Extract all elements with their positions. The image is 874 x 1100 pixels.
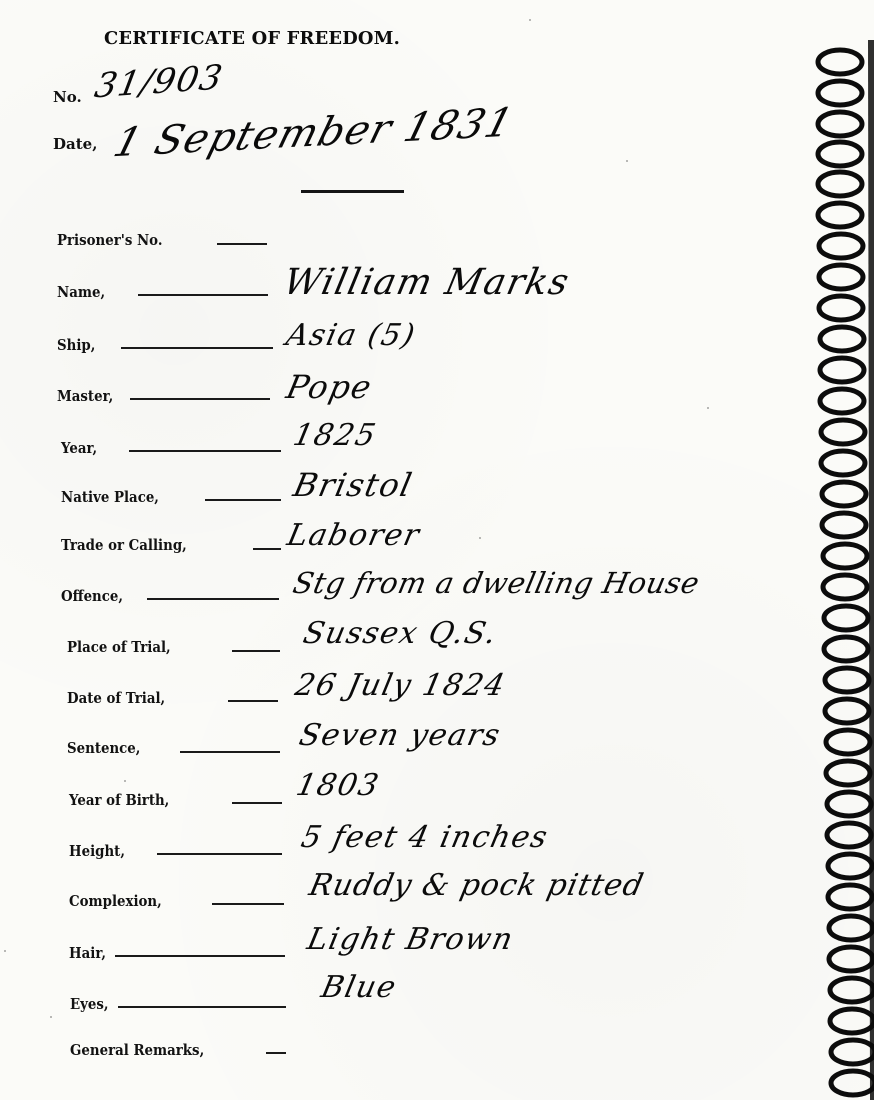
field-dash <box>228 700 278 702</box>
paper-speck <box>4 950 6 952</box>
label-complexion: Complexion, <box>69 893 162 910</box>
field-dash <box>205 499 281 501</box>
value-date-of-trial: 26 July 1824 <box>292 668 509 703</box>
paper-speck <box>50 1016 52 1018</box>
label-year-of-birth: Year of Birth, <box>69 792 169 809</box>
label-hair: Hair, <box>69 945 106 962</box>
value-complexion: Ruddy & pock pitted <box>306 868 647 903</box>
paper-speck <box>707 407 709 409</box>
oval-chain-border <box>800 0 874 1100</box>
label-sentence: Sentence, <box>67 740 140 757</box>
field-dash <box>115 955 285 957</box>
field-dash <box>212 903 284 905</box>
value-place-of-trial: Sussex Q.S. <box>300 616 500 651</box>
value-name: William Marks <box>280 262 574 303</box>
certificate-page: CERTIFICATE OF FREEDOM. No. 31/903 Date,… <box>0 0 874 1100</box>
field-dash <box>253 548 281 550</box>
field-dash <box>130 398 270 400</box>
certificate-date: 1 September 1831 <box>109 100 519 166</box>
label-offence: Offence, <box>61 588 123 605</box>
field-dash <box>121 347 273 349</box>
field-dash <box>266 1052 286 1054</box>
value-year: 1825 <box>290 418 380 453</box>
number-label: No. <box>53 88 82 106</box>
label-eyes: Eyes, <box>70 996 109 1013</box>
header-separator <box>301 190 404 193</box>
value-master: Pope <box>283 368 376 406</box>
field-dash <box>138 294 268 296</box>
value-sentence: Seven years <box>296 718 504 753</box>
label-trade-or-calling: Trade or Calling, <box>61 537 187 554</box>
date-label: Date, <box>53 135 97 153</box>
paper-speck <box>124 780 126 782</box>
field-dash <box>180 751 280 753</box>
value-year-of-birth: 1803 <box>293 768 383 803</box>
value-ship: Asia (5) <box>283 318 419 353</box>
paper-speck <box>529 19 531 21</box>
paper-speck <box>479 537 481 539</box>
value-eyes: Blue <box>318 970 400 1005</box>
field-dash <box>232 802 282 804</box>
field-dash <box>129 450 281 452</box>
value-trade-or-calling: Laborer <box>284 518 423 553</box>
field-dash <box>157 853 282 855</box>
label-ship: Ship, <box>57 337 95 354</box>
label-date-of-trial: Date of Trial, <box>67 690 165 707</box>
value-height: 5 feet 4 inches <box>298 820 552 855</box>
label-prisoners-no: Prisoner's No. <box>57 232 162 249</box>
label-native-place: Native Place, <box>61 489 159 506</box>
value-native-place: Bristol <box>290 466 416 504</box>
field-dash <box>232 650 280 652</box>
value-offence: Stg from a dwelling House <box>290 566 703 600</box>
value-hair: Light Brown <box>304 922 517 957</box>
label-general-remarks: General Remarks, <box>70 1042 204 1059</box>
certificate-title: CERTIFICATE OF FREEDOM. <box>104 29 400 49</box>
label-master: Master, <box>57 388 113 405</box>
label-year: Year, <box>61 440 97 457</box>
field-dash <box>217 243 267 245</box>
label-height: Height, <box>69 843 125 860</box>
label-name: Name, <box>57 284 105 301</box>
label-place-of-trial: Place of Trial, <box>67 639 171 656</box>
field-dash <box>118 1006 286 1008</box>
field-dash <box>147 598 279 600</box>
paper-speck <box>626 160 628 162</box>
certificate-number: 31/903 <box>91 58 226 107</box>
